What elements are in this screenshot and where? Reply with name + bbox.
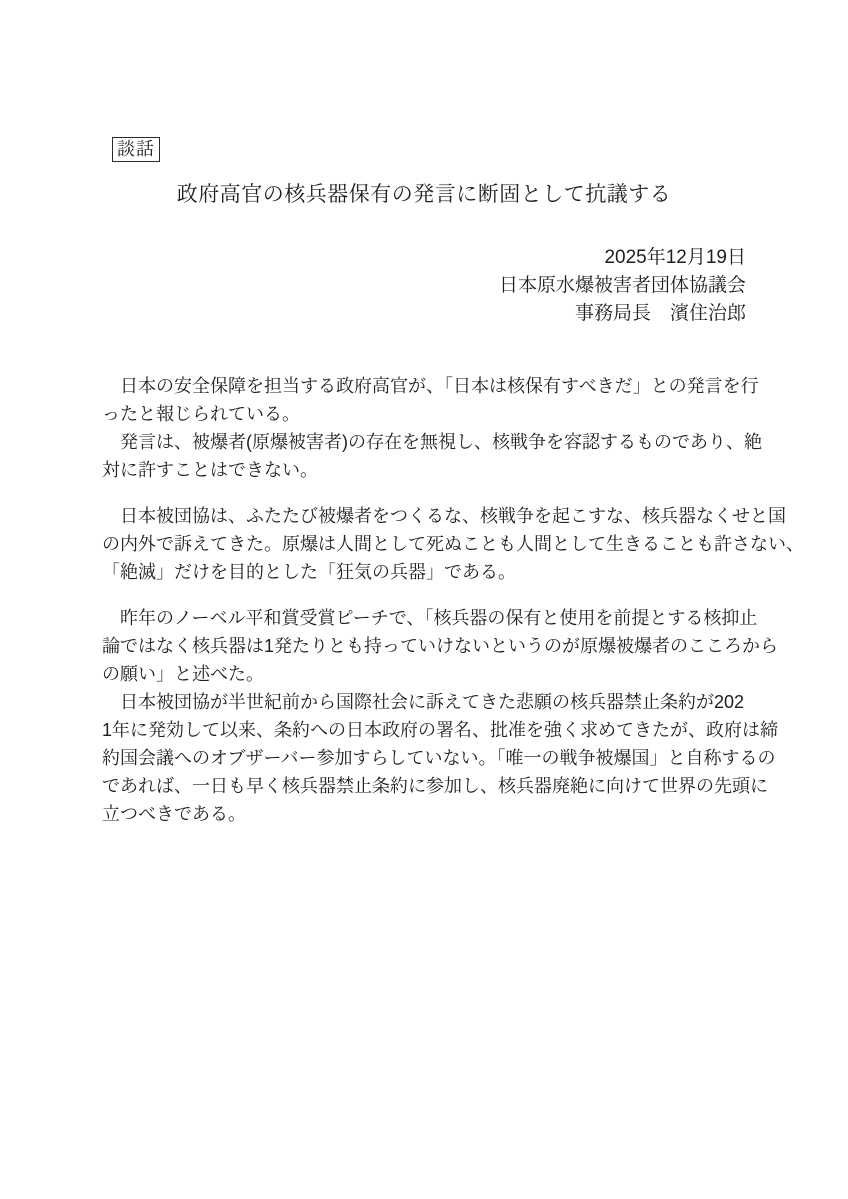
date-line: 2025年12月19日 bbox=[499, 244, 746, 272]
body-paragraph-1: 日本の安全保障を担当する政府高官が、「日本は核保有すべきだ」との発言を行 ったと… bbox=[102, 372, 748, 484]
organization-line: 日本原水爆被害者団体協議会 bbox=[499, 272, 746, 300]
meta-block: 2025年12月19日 日本原水爆被害者団体協議会 事務局長 濱住治郎 bbox=[499, 244, 746, 328]
body-paragraph-4: 日本被団協が半世紀前から国際社会に訴えてきた悲願の核兵器禁止条約が202 1年に… bbox=[102, 688, 748, 828]
document-page: 談話 政府高官の核兵器保有の発言に断固として抗議する 2025年12月19日 日… bbox=[0, 0, 848, 1199]
document-body: 日本の安全保障を担当する政府高官が、「日本は核保有すべきだ」との発言を行 ったと… bbox=[102, 372, 748, 828]
statement-label: 談話 bbox=[112, 137, 160, 162]
document-title: 政府高官の核兵器保有の発言に断固として抗議する bbox=[0, 178, 848, 208]
signer-line: 事務局長 濱住治郎 bbox=[499, 300, 746, 328]
body-paragraph-3: 昨年のノーベル平和賞受賞ピーチで、「核兵器の保有と使用を前提とする核抑止 論では… bbox=[102, 604, 748, 688]
body-paragraph-2: 日本被団協は、ふたたび被爆者をつくるな、核戦争を起こすな、核兵器なくせと国 の内… bbox=[102, 502, 748, 586]
